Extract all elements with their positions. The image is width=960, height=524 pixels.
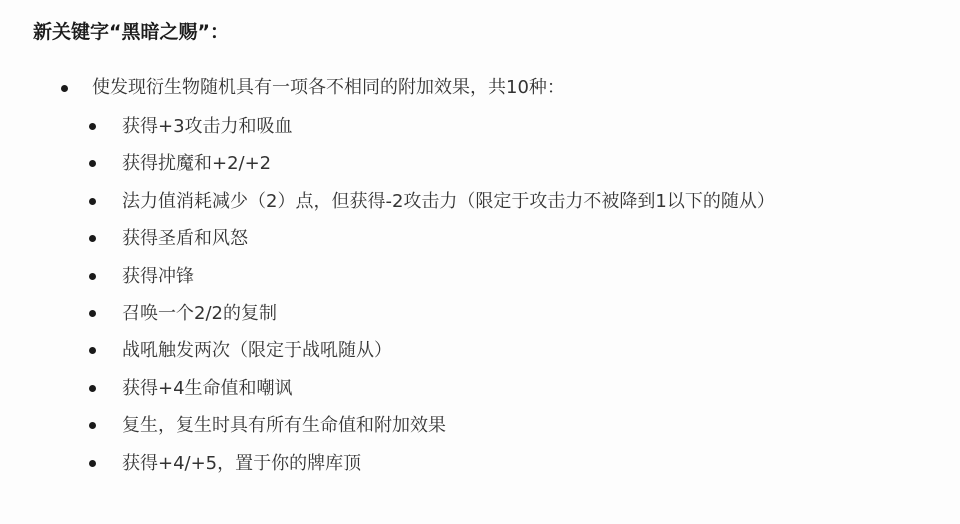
heading: 新关键字“黑暗之赐”： [33,18,229,46]
bullet-icon [89,198,96,205]
list-item-text: 获得+4生命值和嘲讽 [122,378,293,399]
bullet-icon [61,85,68,92]
bullet-icon [89,235,96,242]
bullet-icon [89,460,96,467]
sub-effect-list: 获得+3攻击力和吸血 获得扰魔和+2/+2 法力值消耗减少（2）点，但获得-2攻… [89,108,775,482]
list-item: 获得+3攻击力和吸血 [89,108,775,145]
list-item-text: 战吼触发两次（限定于战吼随从） [122,340,392,361]
bullet-icon [89,123,96,130]
list-item-text: 获得圣盾和风怒 [122,228,248,249]
list-item: 召唤一个2/2的复制 [89,295,775,332]
bullet-icon [89,385,96,392]
effect-list: 使发现衍生物随机具有一项各不相同的附加效果，共10种： 获得+3攻击力和吸血 获… [56,72,775,482]
bullet-icon [89,347,96,354]
document: 新关键字“黑暗之赐”： 使发现衍生物随机具有一项各不相同的附加效果，共10种： … [0,0,960,524]
list-item: 获得扰魔和+2/+2 [89,145,775,182]
bullet-icon [89,273,96,280]
list-item-text: 获得+4/+5，置于你的牌库顶 [122,453,361,474]
list-item: 战吼触发两次（限定于战吼随从） [89,332,775,369]
list-item: 获得+4生命值和嘲讽 [89,370,775,407]
list-item: 获得+4/+5，置于你的牌库顶 [89,445,775,482]
list-item-text: 法力值消耗减少（2）点，但获得-2攻击力（限定于攻击力不被降到1以下的随从） [122,191,775,212]
bullet-icon [89,160,96,167]
bullet-icon [89,422,96,429]
list-item-text: 获得+3攻击力和吸血 [122,116,293,137]
list-item: 获得冲锋 [89,258,775,295]
bullet-icon [89,310,96,317]
list-item-text: 获得扰魔和+2/+2 [122,153,271,174]
list-item-text: 复生，复生时具有所有生命值和附加效果 [122,415,446,436]
list-item: 获得圣盾和风怒 [89,220,775,257]
list-item-main: 使发现衍生物随机具有一项各不相同的附加效果，共10种： 获得+3攻击力和吸血 获… [56,72,775,482]
list-item-text: 获得冲锋 [122,266,194,287]
list-item: 复生，复生时具有所有生命值和附加效果 [89,407,775,444]
list-item-text: 召唤一个2/2的复制 [122,303,277,324]
list-item: 法力值消耗减少（2）点，但获得-2攻击力（限定于攻击力不被降到1以下的随从） [89,183,775,220]
main-item-text: 使发现衍生物随机具有一项各不相同的附加效果，共10种： [92,77,565,98]
